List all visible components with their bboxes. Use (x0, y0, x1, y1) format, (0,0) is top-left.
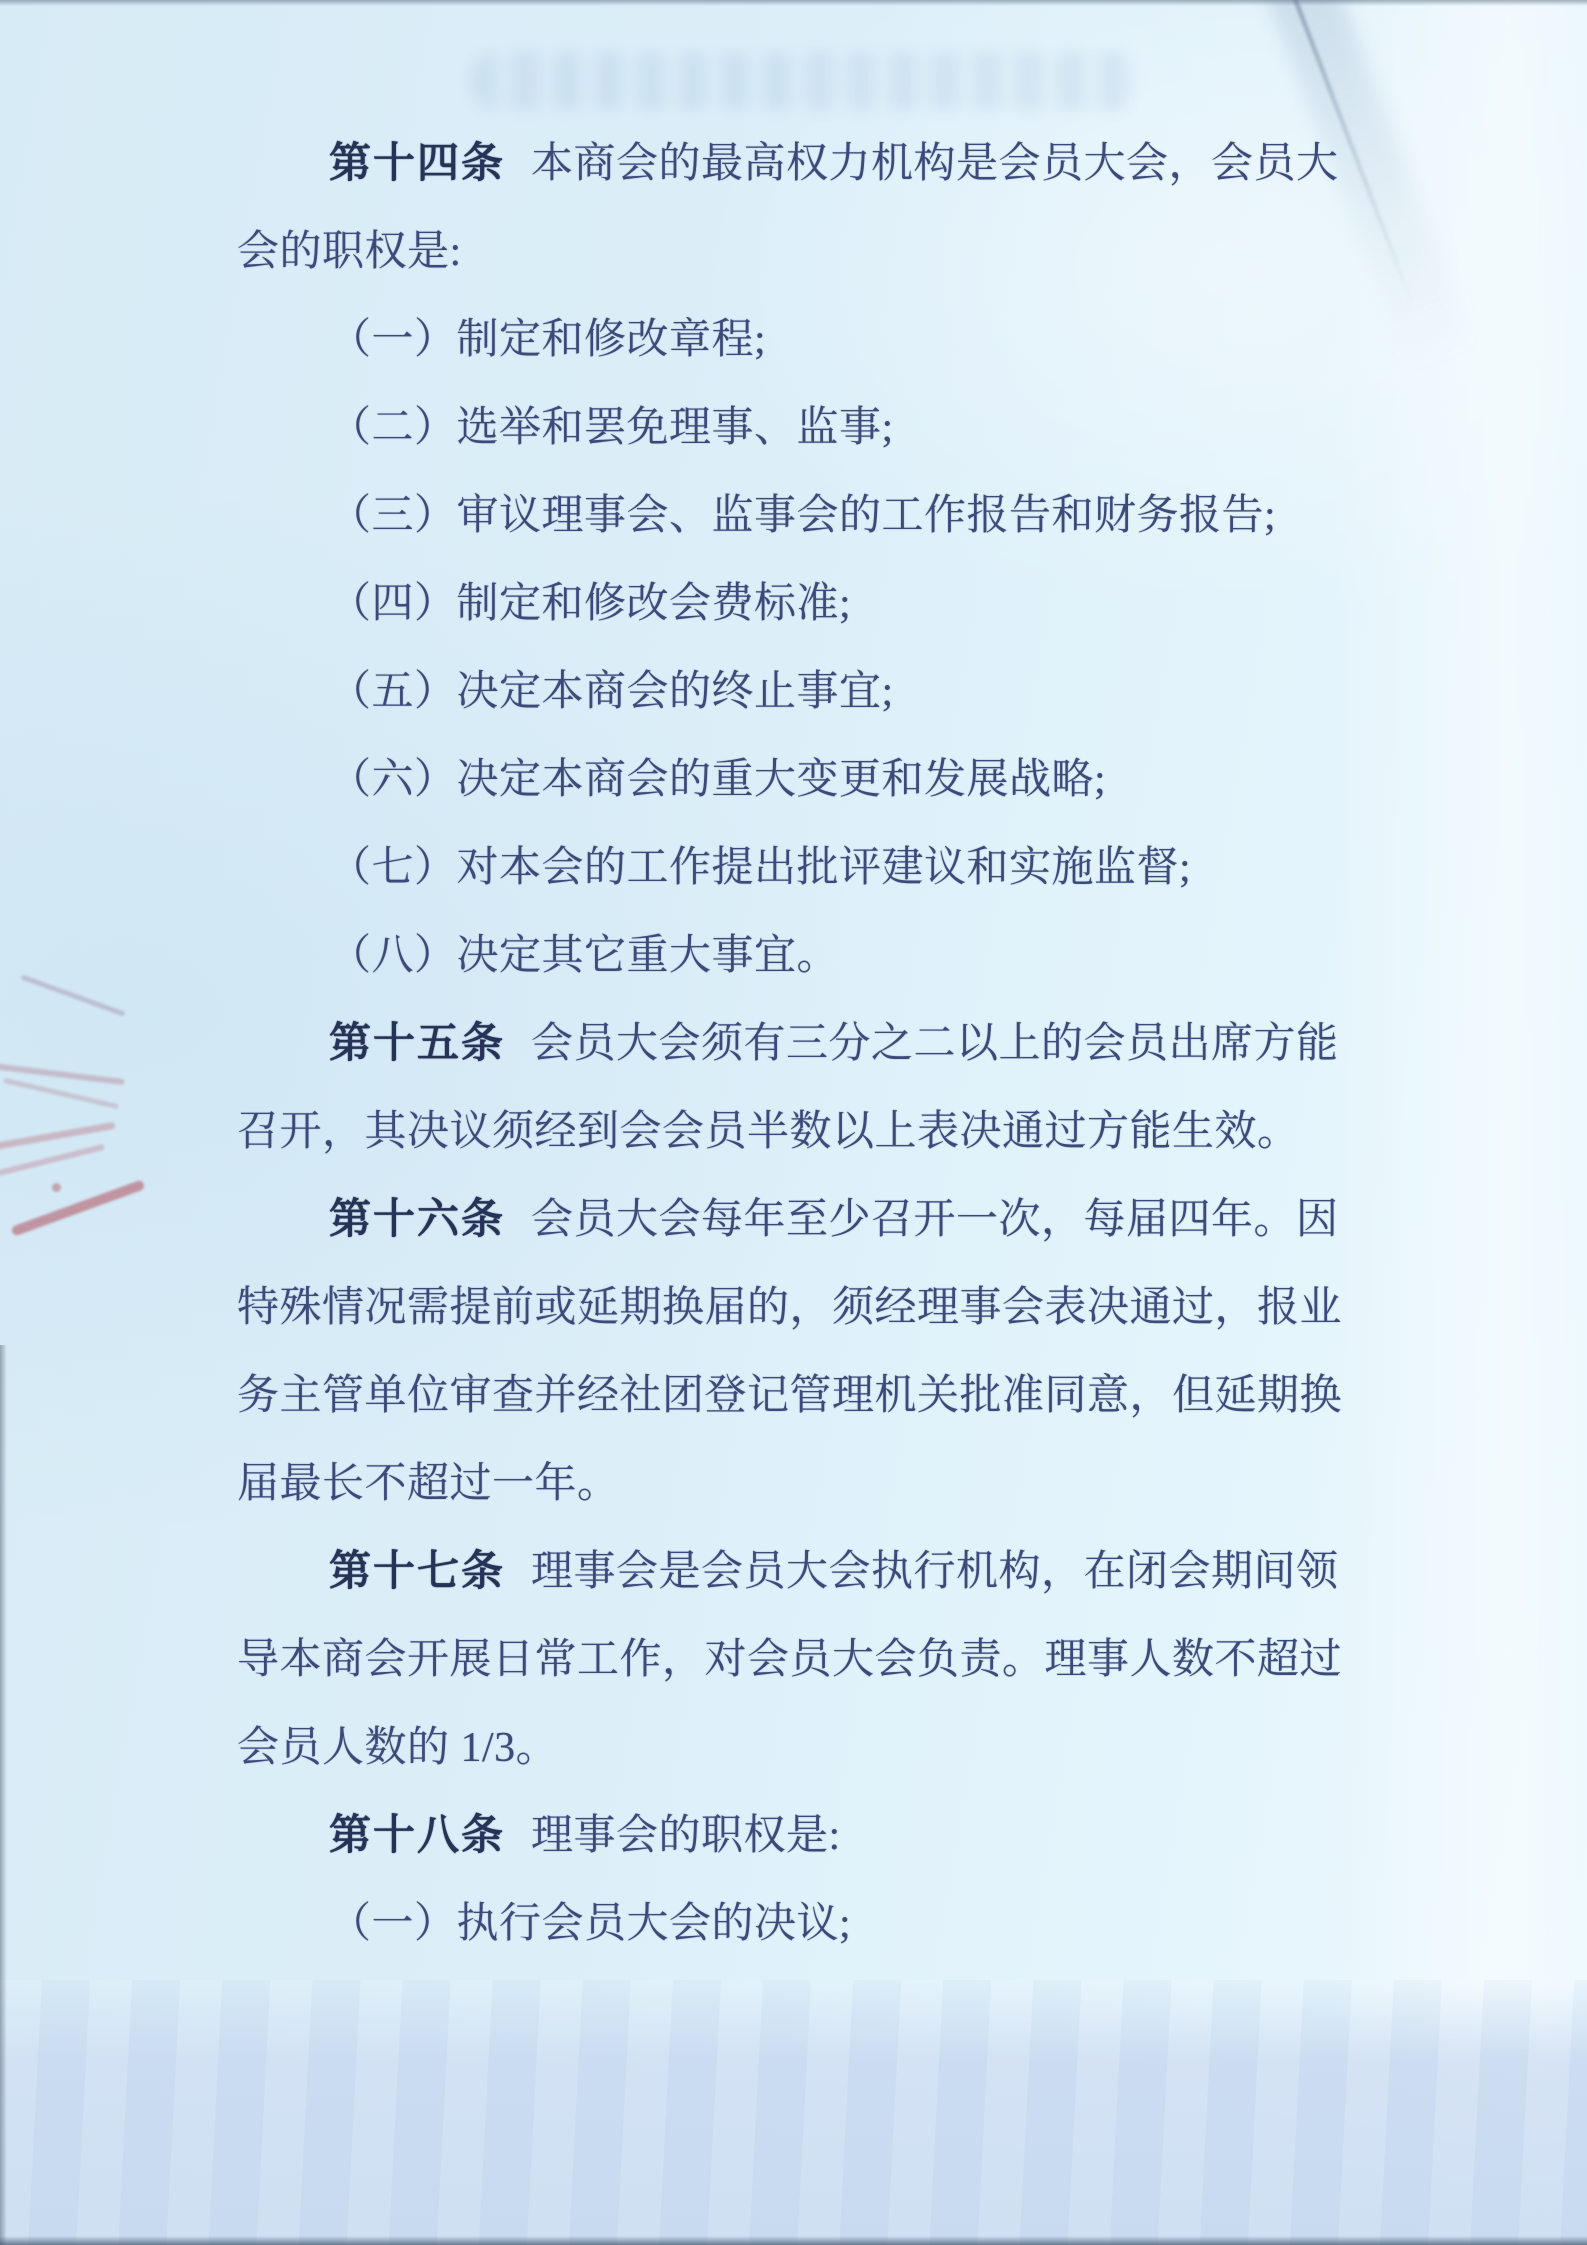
photo-bottom-edge (0, 2236, 1587, 2245)
text-line: 特殊情况需提前或延期换届的，须经理事会表决通过，报业 (237, 1264, 1487, 1352)
stamp-stroke (20, 974, 125, 1016)
line-text: 会员大会每年至少召开一次，每届四年。因 (531, 1197, 1339, 1243)
text-line: 召开，其决议须经到会会员半数以上表决通过方能生效。 (237, 1088, 1487, 1176)
line-text: （八）决定其它重大事宜。 (329, 933, 839, 979)
photo-top-edge (0, 0, 1587, 6)
line-text: 届最长不超过一年。 (237, 1461, 620, 1507)
line-text: 本商会的最高权力机构是会员大会，会员大 (531, 141, 1339, 187)
scanned-document-photo: { "doc": { "description": "Scanned page … (0, 0, 1587, 2245)
text-line: （八）决定其它重大事宜。 (237, 912, 1487, 1000)
text-line: （五）决定本商会的终止事宜; (237, 648, 1487, 736)
text-line: 第十五条会员大会须有三分之二以上的会员出席方能 (237, 1000, 1487, 1088)
article-18-heading: 第十八条 (329, 1813, 505, 1859)
article-15-heading: 第十五条 (329, 1021, 505, 1067)
text-line: 届最长不超过一年。 (237, 1440, 1487, 1528)
line-text: （一）制定和修改章程; (329, 317, 766, 363)
text-line: （三）审议理事会、监事会的工作报告和财务报告; (237, 472, 1487, 560)
text-line: 第十八条理事会的职权是: (237, 1792, 1487, 1880)
line-text: （四）制定和修改会费标准; (329, 581, 851, 627)
article-17-heading: 第十七条 (329, 1549, 505, 1595)
stamp-stroke (0, 1144, 105, 1176)
line-text: 特殊情况需提前或延期换届的，须经理事会表决通过，报业 (237, 1285, 1342, 1331)
text-line: 导本商会开展日常工作，对会员大会负责。理事人数不超过 (237, 1616, 1487, 1704)
text-line: 第十六条会员大会每年至少召开一次，每届四年。因 (237, 1176, 1487, 1264)
text-line: 第十四条本商会的最高权力机构是会员大会，会员大 (237, 120, 1487, 208)
line-text: 会的职权是: (237, 229, 462, 275)
line-text: 理事会是会员大会执行机构，在闭会期间领 (531, 1549, 1339, 1595)
line-text: 导本商会开展日常工作，对会员大会负责。理事人数不超过 (237, 1637, 1342, 1683)
text-line: 会员人数的 1/3。 (237, 1704, 1487, 1792)
bottom-shading-band (0, 1980, 1587, 2245)
line-text: （七）对本会的工作提出批评建议和实施监督; (329, 845, 1191, 891)
line-text: 务主管单位审查并经社团登记管理机关批准同意，但延期换 (237, 1373, 1342, 1419)
stamp-dot (52, 1183, 61, 1192)
document-text-block: 第十四条本商会的最高权力机构是会员大会，会员大 会的职权是: （一）制定和修改章… (237, 120, 1487, 1968)
text-line: 务主管单位审查并经社团登记管理机关批准同意，但延期换 (237, 1352, 1487, 1440)
red-stamp-fragment (0, 975, 170, 1285)
text-line: 会的职权是: (237, 208, 1487, 296)
article-14-heading: 第十四条 (329, 141, 505, 187)
line-text: 会员人数的 1/3。 (237, 1725, 558, 1771)
bleed-through-ghost-text (470, 52, 1140, 110)
stamp-stroke (11, 1179, 146, 1236)
line-text: （五）决定本商会的终止事宜; (329, 669, 894, 715)
text-line: （六）决定本商会的重大变更和发展战略; (237, 736, 1487, 824)
line-text: （三）审议理事会、监事会的工作报告和财务报告; (329, 493, 1276, 539)
text-line: （一）执行会员大会的决议; (237, 1880, 1487, 1968)
line-text: 召开，其决议须经到会会员半数以上表决通过方能生效。 (237, 1109, 1300, 1155)
text-line: （二）选举和罢免理事、监事; (237, 384, 1487, 472)
text-line: （四）制定和修改会费标准; (237, 560, 1487, 648)
photo-left-edge (0, 1345, 7, 2245)
line-text: （二）选举和罢免理事、监事; (329, 405, 894, 451)
text-line: （七）对本会的工作提出批评建议和实施监督; (237, 824, 1487, 912)
line-text: （一）执行会员大会的决议; (329, 1901, 851, 1947)
line-text: 会员大会须有三分之二以上的会员出席方能 (531, 1021, 1339, 1067)
text-line: （一）制定和修改章程; (237, 296, 1487, 384)
line-text: 理事会的职权是: (531, 1813, 841, 1859)
article-16-heading: 第十六条 (329, 1197, 505, 1243)
text-line: 第十七条理事会是会员大会执行机构，在闭会期间领 (237, 1528, 1487, 1616)
line-text: （六）决定本商会的重大变更和发展战略; (329, 757, 1106, 803)
